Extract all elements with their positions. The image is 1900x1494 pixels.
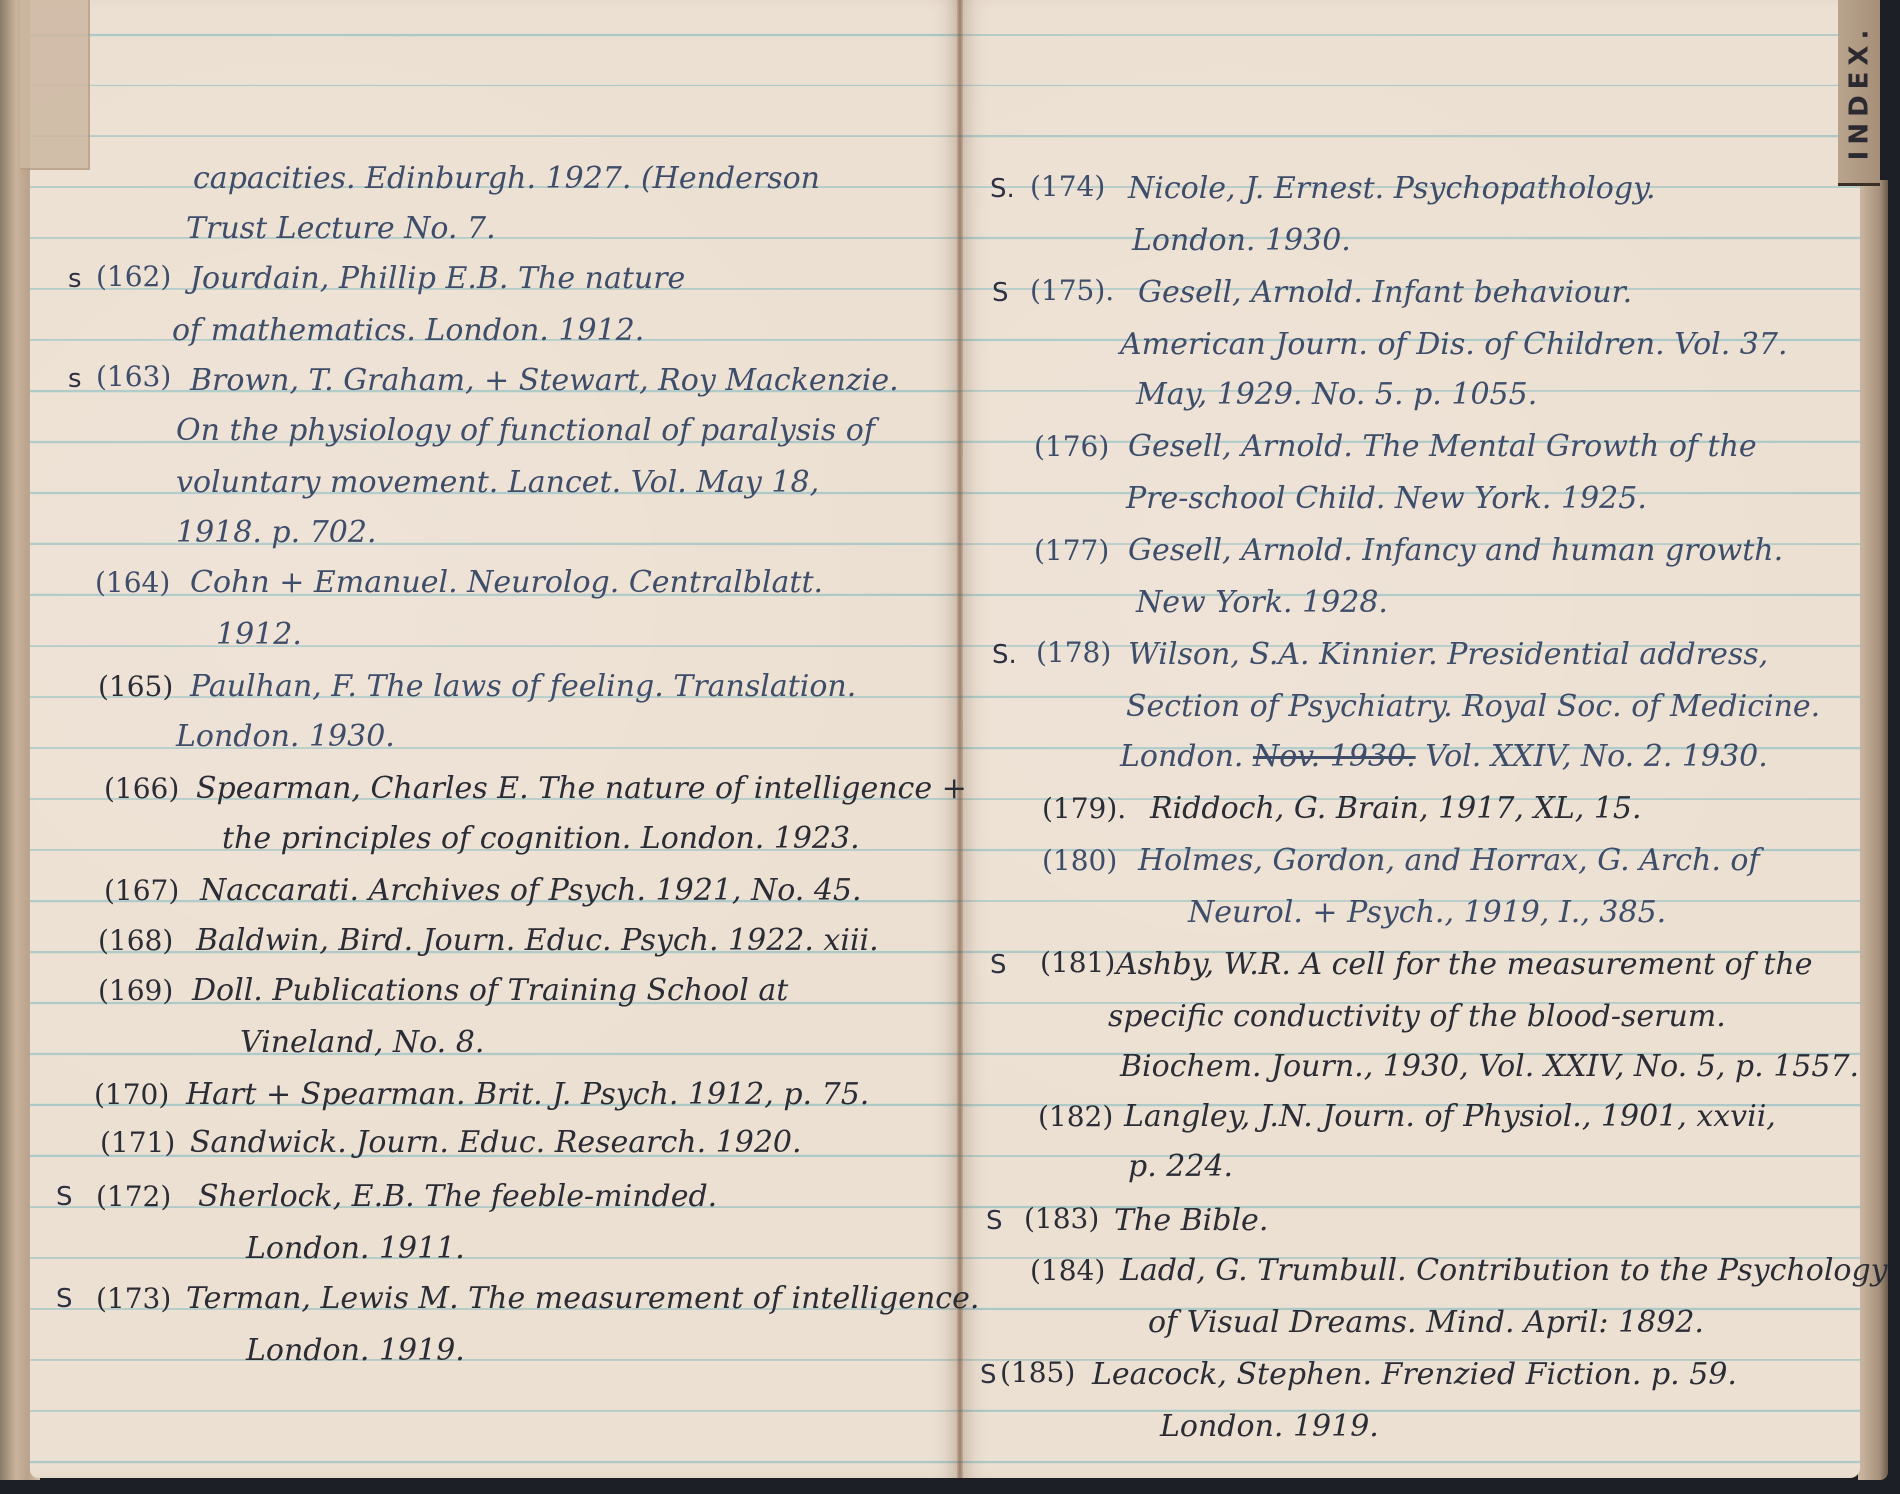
entry-line: May, 1929. No. 5. p. 1055. bbox=[1136, 378, 1537, 412]
entry-marker: S bbox=[990, 948, 1007, 982]
entry-line: Ladd, G. Trumbull. Contribution to the P… bbox=[1120, 1254, 1888, 1288]
entry-line: New York. 1928. bbox=[1136, 586, 1388, 620]
entry-marker: S bbox=[56, 1282, 73, 1316]
entry-line: Holmes, Gordon, and Horrax, G. Arch. of bbox=[1138, 844, 1760, 878]
entry-number: (163) bbox=[96, 360, 171, 394]
index-tab-label: INDEX. bbox=[1844, 23, 1874, 160]
entry-number: (167) bbox=[104, 874, 179, 908]
entry-line: The Bible. bbox=[1114, 1204, 1268, 1238]
tape-strip bbox=[20, 0, 90, 170]
entry-number: (171) bbox=[100, 1126, 175, 1160]
entry-line: Cohn + Emanuel. Neurolog. Centralblatt. bbox=[190, 566, 823, 600]
entry-line: specific conductivity of the blood-serum… bbox=[1108, 1000, 1726, 1034]
entry-line: Section of Psychiatry. Royal Soc. of Med… bbox=[1126, 690, 1820, 724]
entry-line: Neurol. + Psych., 1919, I., 385. bbox=[1188, 896, 1666, 930]
book-spine bbox=[957, 0, 963, 1478]
entry-number: (169) bbox=[98, 974, 173, 1008]
continuation-line: capacities. Edinburgh. 1927. (Henderson bbox=[193, 162, 820, 196]
entry-line: 1918. p. 702. bbox=[176, 516, 377, 550]
index-tab[interactable]: INDEX. bbox=[1838, 0, 1880, 186]
entry-line: American Journ. of Dis. of Children. Vol… bbox=[1120, 328, 1788, 362]
entry-number: (182) bbox=[1038, 1100, 1113, 1134]
entry-line: Ashby, W.R. A cell for the measurement o… bbox=[1116, 948, 1812, 982]
entry-line: voluntary movement. Lancet. Vol. May 18, bbox=[176, 466, 819, 500]
entry-number: (164) bbox=[95, 566, 170, 600]
entry-number: (178) bbox=[1036, 636, 1111, 670]
entry-line: Doll. Publications of Training School at bbox=[192, 974, 788, 1008]
entry-marker: S. bbox=[990, 172, 1015, 206]
entry-line: London. Nov. 1930. Vol. XXIV, No. 2. 193… bbox=[1120, 740, 1768, 774]
struck-text: Nov. 1930. bbox=[1253, 739, 1416, 774]
entry-line: of mathematics. London. 1912. bbox=[172, 314, 644, 348]
entry-line: London. 1919. bbox=[1160, 1410, 1379, 1444]
entry-marker: s bbox=[68, 362, 82, 396]
entry-line: of Visual Dreams. Mind. April: 1892. bbox=[1148, 1306, 1704, 1340]
entry-marker: S bbox=[992, 276, 1009, 310]
entry-line: Biochem. Journ., 1930, Vol. XXIV, No. 5,… bbox=[1120, 1050, 1859, 1084]
entry-number: (168) bbox=[98, 924, 173, 958]
entry-marker: s bbox=[68, 262, 82, 296]
entry-number: (162) bbox=[96, 260, 171, 294]
entry-number: (166) bbox=[104, 772, 179, 806]
entry-number: (172) bbox=[96, 1180, 171, 1214]
entry-line-text: London. bbox=[1120, 739, 1243, 774]
entry-line: London. 1911. bbox=[246, 1232, 465, 1266]
entry-marker: S bbox=[56, 1180, 73, 1214]
entry-line: Gesell, Arnold. Infancy and human growth… bbox=[1128, 534, 1783, 568]
entry-number: (174) bbox=[1030, 170, 1105, 204]
entry-line: p. 224. bbox=[1128, 1150, 1233, 1184]
entry-marker: S. bbox=[992, 638, 1017, 672]
entry-number: (184) bbox=[1030, 1254, 1105, 1288]
entry-line: On the physiology of functional of paral… bbox=[176, 414, 875, 448]
entry-line: Nicole, J. Ernest. Psychopathology. bbox=[1128, 172, 1656, 206]
entry-number: (180) bbox=[1042, 844, 1117, 878]
entry-line: Brown, T. Graham, + Stewart, Roy Mackenz… bbox=[190, 364, 899, 398]
entry-line: Jourdain, Phillip E.B. The nature bbox=[190, 262, 685, 296]
entry-line: Leacock, Stephen. Frenzied Fiction. p. 5… bbox=[1092, 1358, 1737, 1392]
entry-number: (175). bbox=[1030, 274, 1114, 308]
entry-line: Vineland, No. 8. bbox=[240, 1026, 484, 1060]
entry-number: (170) bbox=[94, 1078, 169, 1112]
entry-number: (181) bbox=[1040, 946, 1115, 980]
entry-line: 1912. bbox=[216, 618, 302, 652]
entry-number: (179). bbox=[1042, 792, 1126, 826]
entry-line: London. 1919. bbox=[246, 1334, 465, 1368]
entry-number: (183) bbox=[1024, 1202, 1099, 1236]
entry-line: Paulhan, F. The laws of feeling. Transla… bbox=[190, 670, 856, 704]
entry-line: Langley, J.N. Journ. of Physiol., 1901, … bbox=[1124, 1100, 1776, 1134]
entry-line: London. 1930. bbox=[176, 720, 395, 754]
entry-line: Sandwick. Journ. Educ. Research. 1920. bbox=[190, 1126, 802, 1160]
entry-line: Baldwin, Bird. Journ. Educ. Psych. 1922.… bbox=[196, 924, 879, 958]
entry-line: Riddoch, G. Brain, 1917, XL, 15. bbox=[1150, 792, 1642, 826]
entry-line: Pre-school Child. New York. 1925. bbox=[1126, 482, 1647, 516]
entry-line: Hart + Spearman. Brit. J. Psych. 1912, p… bbox=[186, 1078, 869, 1112]
entry-line: Gesell, Arnold. Infant behaviour. bbox=[1138, 276, 1632, 310]
entry-line-text: Vol. XXIV, No. 2. 1930. bbox=[1425, 739, 1768, 774]
entry-line: Sherlock, E.B. The feeble-minded. bbox=[198, 1180, 717, 1214]
entry-line: Naccarati. Archives of Psych. 1921, No. … bbox=[200, 874, 862, 908]
entry-number: (165) bbox=[98, 670, 173, 704]
entry-line: London. 1930. bbox=[1132, 224, 1351, 258]
entry-number: (173) bbox=[96, 1282, 171, 1316]
entry-marker: S bbox=[980, 1358, 997, 1392]
entry-line: Wilson, S.A. Kinnier. Presidential addre… bbox=[1128, 638, 1768, 672]
entry-number: (176) bbox=[1034, 430, 1109, 464]
entry-line: the principles of cognition. London. 192… bbox=[222, 822, 860, 856]
entry-line: Terman, Lewis M. The measurement of inte… bbox=[186, 1282, 979, 1316]
entry-line: Gesell, Arnold. The Mental Growth of the bbox=[1128, 430, 1757, 464]
entry-number: (177) bbox=[1034, 534, 1109, 568]
continuation-line: Trust Lecture No. 7. bbox=[186, 212, 496, 246]
entry-line: Spearman, Charles E. The nature of intel… bbox=[196, 772, 967, 806]
entry-marker: S bbox=[986, 1204, 1003, 1238]
entry-number: (185) bbox=[1000, 1356, 1075, 1390]
